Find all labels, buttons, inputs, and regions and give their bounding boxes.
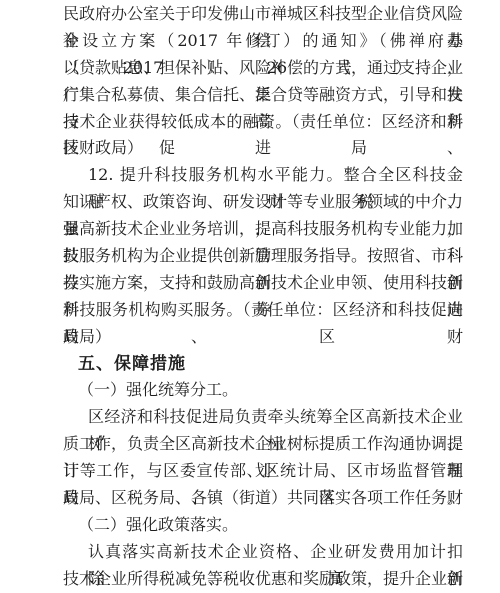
document-line: 区经济和科技促进局负责牵头统筹全区高新技术企业树标提 bbox=[63, 404, 463, 431]
document-line: 券实施方案，支持和鼓励高新技术企业申领、使用科技创新券向 bbox=[63, 270, 463, 297]
subsection-heading: （二）强化政策落实。 bbox=[63, 512, 463, 539]
document-line: 政局、区税务局、各镇（街道）共同落实各项工作任务。 bbox=[63, 485, 463, 512]
document-line: 知识产权、政策咨询、研发设计等专业服务领域的中介力量，加 bbox=[63, 189, 463, 216]
document-text-column: 民政府办公室关于印发佛山市禅城区科技型企业信贷风险补偿基金设立方案（2017 年… bbox=[63, 1, 463, 593]
document-line: 以贷款贴息、担保补贴、风险补偿的方式，通过支持企业广泛发 bbox=[63, 55, 463, 82]
document-line: 技术企业所得税减免等税收优惠和奖励政策，提升企业创新积极 bbox=[63, 566, 463, 593]
document-line: 订等工作，与区委宣传部、区统计局、区市场监督管理局、区财 bbox=[63, 458, 463, 485]
document-line: 行集合私募债、集合信托、集合贷等融资方式，引导和扶持高新 bbox=[63, 82, 463, 109]
document-line: 科技服务机构购买服务。（责任单位：区经济和科技促进局、区财 bbox=[63, 297, 463, 324]
document-line: 金设立方案（2017 年修订）的通知》（佛禅府办〔2017〕26 号）， bbox=[63, 28, 463, 55]
subsection-heading: （一）强化统筹分工。 bbox=[63, 377, 463, 404]
document-line: 认真落实高新技术企业资格、企业研发费用加计扣除、高新 bbox=[63, 539, 463, 566]
document-line: 民政府办公室关于印发佛山市禅城区科技型企业信贷风险补偿基 bbox=[63, 1, 463, 28]
section-heading: 五、保障措施 bbox=[63, 351, 463, 378]
document-line: 质工作，负责全区高新技术企业树标提质工作沟通协调、计划制 bbox=[63, 431, 463, 458]
document-line: 强高新技术企业业务培训，提高科技服务机构专业能力，鼓励科 bbox=[63, 216, 463, 243]
document-page: 民政府办公室关于印发佛山市禅城区科技型企业信贷风险补偿基金设立方案（2017 年… bbox=[0, 0, 500, 593]
document-line: 技术企业获得较低成本的融资。（责任单位：区经济和科技促进局、 bbox=[63, 109, 463, 136]
document-line: 技服务机构为企业提供创新管理服务指导。按照省、市科技创新 bbox=[63, 243, 463, 270]
document-line: 12. 提升科技服务机构水平能力。整合全区科技金融、财税、 bbox=[63, 162, 463, 189]
